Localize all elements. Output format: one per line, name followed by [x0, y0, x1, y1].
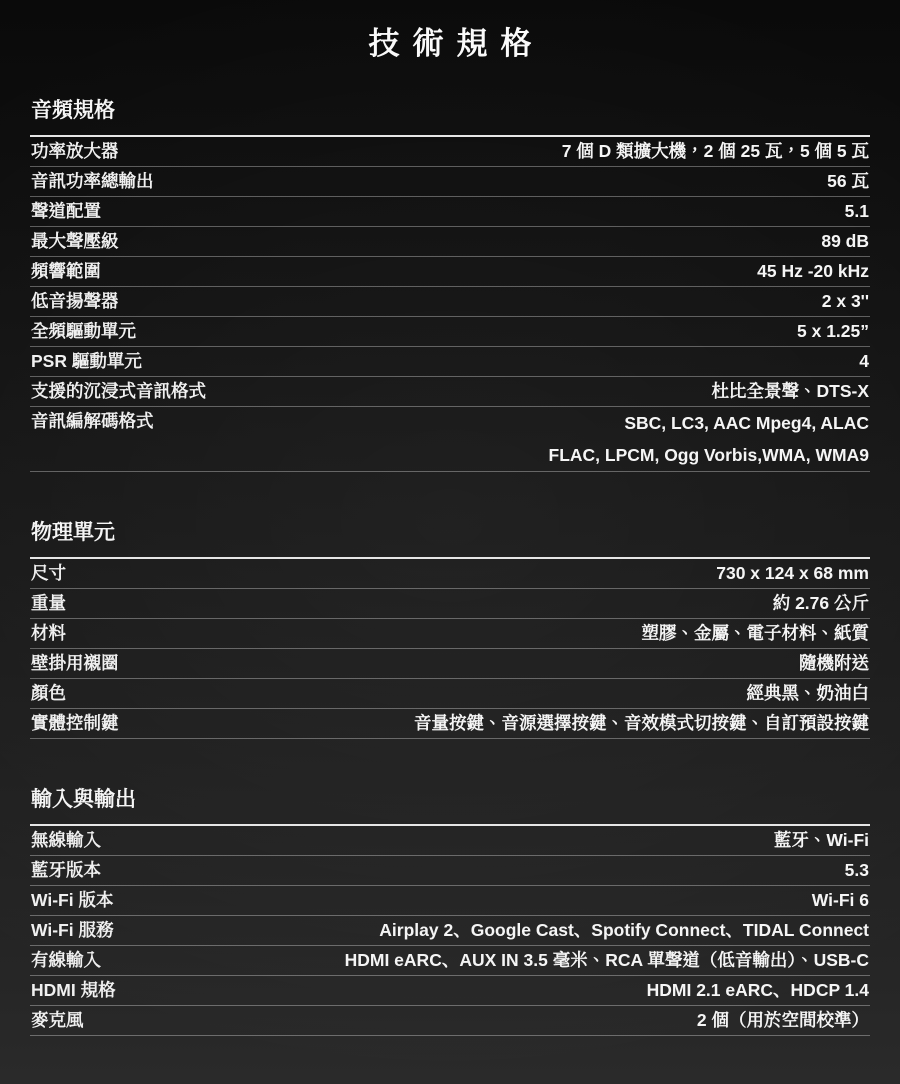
spec-value: 89 dB	[119, 227, 870, 256]
spec-label: 無線輸入	[31, 826, 101, 855]
spec-value: 56 瓦	[154, 167, 870, 196]
spec-label: 壁掛用襯圈	[31, 649, 119, 678]
spec-label: 尺寸	[31, 559, 66, 588]
spec-value: 5.3	[101, 856, 869, 885]
spec-label: 低音揚聲器	[31, 287, 119, 316]
spec-value: 隨機附送	[119, 649, 870, 678]
section-heading: 音頻規格	[30, 94, 870, 137]
spec-label: Wi-Fi 版本	[31, 886, 113, 915]
spec-label: 音訊編解碼格式	[31, 407, 154, 436]
spec-section: 音頻規格功率放大器7 個 D 類擴大機，2 個 25 瓦，5 個 5 瓦音訊功率…	[30, 94, 870, 472]
spec-value: HDMI 2.1 eARC、HDCP 1.4	[116, 976, 869, 1005]
spec-label: 材料	[31, 619, 66, 648]
spec-row: 材料塑膠、金屬、電子材料、紙質	[30, 619, 870, 649]
spec-row: 低音揚聲器2 x 3''	[30, 287, 870, 317]
spec-value: 7 個 D 類擴大機，2 個 25 瓦，5 個 5 瓦	[119, 137, 870, 166]
spec-label: 實體控制鍵	[31, 709, 119, 738]
spec-sheet: 技術規格 音頻規格功率放大器7 個 D 類擴大機，2 個 25 瓦，5 個 5 …	[0, 0, 900, 1084]
spec-value: Airplay 2、Google Cast、Spotify Connect、TI…	[113, 916, 869, 945]
spec-label: 最大聲壓級	[31, 227, 119, 256]
spec-value-line: SBC, LC3, AAC Mpeg4, ALAC	[172, 407, 870, 439]
spec-row: PSR 驅動單元4	[30, 347, 870, 377]
spec-label: 顏色	[31, 679, 66, 708]
spec-label: HDMI 規格	[31, 976, 116, 1005]
spec-value-line: FLAC, LPCM, Ogg Vorbis,WMA, WMA9	[172, 439, 870, 471]
spec-value: 5.1	[101, 197, 869, 226]
spec-value: 杜比全景聲、DTS-X	[206, 377, 869, 406]
spec-value: 730 x 124 x 68 mm	[66, 559, 869, 588]
spec-label: 聲道配置	[31, 197, 101, 226]
spec-label: 頻響範圍	[31, 257, 101, 286]
spec-value: 約 2.76 公斤	[66, 589, 869, 618]
spec-value: 音量按鍵、音源選擇按鍵、音效模式切按鍵、自訂預設按鍵	[119, 709, 870, 738]
spec-row: 音訊功率總輸出56 瓦	[30, 167, 870, 197]
spec-value: 藍牙、Wi-Fi	[101, 826, 869, 855]
spec-row: 麥克風2 個（用於空間校準）	[30, 1006, 870, 1036]
spec-row: 有線輸入HDMI eARC、AUX IN 3.5 毫米、RCA 單聲道（低音輸出…	[30, 946, 870, 976]
spec-section: 輸入與輸出無線輸入藍牙、Wi-Fi藍牙版本5.3Wi-Fi 版本Wi-Fi 6W…	[30, 783, 870, 1036]
spec-label: 全頻驅動單元	[31, 317, 136, 346]
spec-value: 塑膠、金屬、電子材料、紙質	[66, 619, 869, 648]
spec-label: 支援的沉浸式音訊格式	[31, 377, 206, 406]
spec-row: 最大聲壓級89 dB	[30, 227, 870, 257]
spec-row: 重量約 2.76 公斤	[30, 589, 870, 619]
spec-row: 藍牙版本5.3	[30, 856, 870, 886]
spec-label: 有線輸入	[31, 946, 101, 975]
spec-row: 壁掛用襯圈隨機附送	[30, 649, 870, 679]
spec-row: 顏色經典黑、奶油白	[30, 679, 870, 709]
spec-label: Wi-Fi 服務	[31, 916, 113, 945]
spec-row: 功率放大器7 個 D 類擴大機，2 個 25 瓦，5 個 5 瓦	[30, 137, 870, 167]
spec-value: 2 個（用於空間校準）	[84, 1006, 870, 1035]
spec-row: Wi-Fi 版本Wi-Fi 6	[30, 886, 870, 916]
spec-value: HDMI eARC、AUX IN 3.5 毫米、RCA 單聲道（低音輸出）、US…	[101, 946, 869, 975]
spec-row: 無線輸入藍牙、Wi-Fi	[30, 826, 870, 856]
spec-label: 重量	[31, 589, 66, 618]
spec-row: Wi-Fi 服務Airplay 2、Google Cast、Spotify Co…	[30, 916, 870, 946]
spec-row: 支援的沉浸式音訊格式杜比全景聲、DTS-X	[30, 377, 870, 407]
spec-row: 尺寸730 x 124 x 68 mm	[30, 559, 870, 589]
spec-label: 藍牙版本	[31, 856, 101, 885]
spec-value: 2 x 3''	[119, 287, 870, 316]
spec-label: PSR 驅動單元	[31, 347, 142, 376]
spec-label: 音訊功率總輸出	[31, 167, 154, 196]
section-heading: 物理單元	[30, 516, 870, 559]
spec-label: 麥克風	[31, 1006, 84, 1035]
spec-row: 頻響範圍45 Hz -20 kHz	[30, 257, 870, 287]
spec-value: 經典黑、奶油白	[66, 679, 869, 708]
spec-value: SBC, LC3, AAC Mpeg4, ALACFLAC, LPCM, Ogg…	[154, 407, 870, 471]
spec-row: 實體控制鍵音量按鍵、音源選擇按鍵、音效模式切按鍵、自訂預設按鍵	[30, 709, 870, 739]
spec-value: 4	[142, 347, 869, 376]
spec-section: 物理單元尺寸730 x 124 x 68 mm重量約 2.76 公斤材料塑膠、金…	[30, 516, 870, 739]
spec-value: 5 x 1.25”	[136, 317, 869, 346]
page-title: 技術規格	[30, 24, 870, 64]
section-heading: 輸入與輸出	[30, 783, 870, 826]
spec-row: HDMI 規格HDMI 2.1 eARC、HDCP 1.4	[30, 976, 870, 1006]
spec-value: 45 Hz -20 kHz	[101, 257, 869, 286]
spec-value: Wi-Fi 6	[113, 886, 869, 915]
spec-sections: 音頻規格功率放大器7 個 D 類擴大機，2 個 25 瓦，5 個 5 瓦音訊功率…	[30, 94, 870, 1036]
spec-row: 聲道配置5.1	[30, 197, 870, 227]
spec-row: 全頻驅動單元5 x 1.25”	[30, 317, 870, 347]
spec-row: 音訊編解碼格式SBC, LC3, AAC Mpeg4, ALACFLAC, LP…	[30, 407, 870, 472]
spec-label: 功率放大器	[31, 137, 119, 166]
